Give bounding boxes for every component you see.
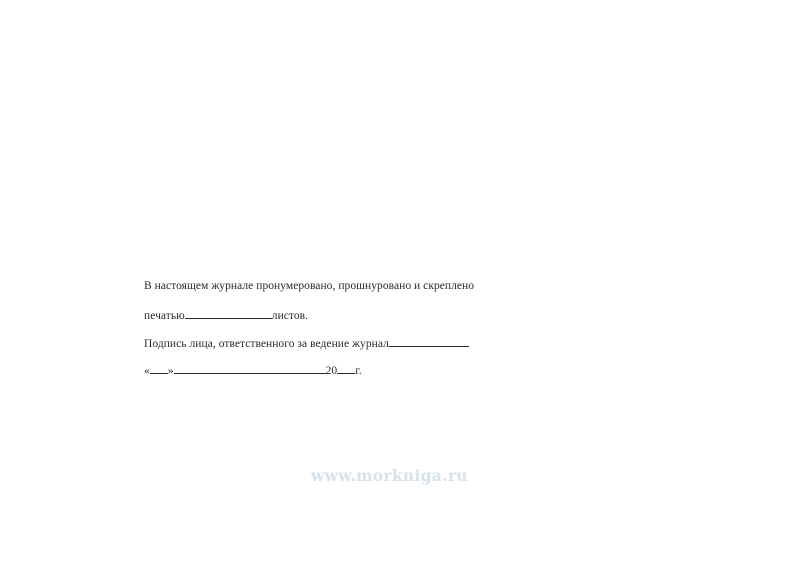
year-blank [337, 362, 355, 374]
signature-line: Подпись лица, ответственного за ведение … [144, 335, 469, 351]
document-page: В настоящем журнале пронумеровано, прошн… [0, 0, 800, 562]
year-suffix: г. [355, 365, 361, 377]
watermark: www.morkniga.ru [311, 466, 468, 485]
year-prefix: 20 [326, 365, 338, 377]
sheets-count-line: печатьюлистов. [144, 307, 308, 323]
signature-label: Подпись лица, ответственного за ведение … [144, 338, 389, 350]
day-blank [150, 362, 168, 374]
signature-blank [389, 335, 469, 347]
month-blank [174, 362, 326, 374]
certification-line: В настоящем журнале пронумеровано, прошн… [144, 279, 474, 293]
certification-text: В настоящем журнале пронумеровано, прошн… [144, 280, 474, 292]
sheets-label: листов. [272, 310, 308, 322]
seal-label: печатью [144, 310, 185, 322]
sheets-count-blank [185, 307, 272, 319]
date-line: «»20г. [144, 362, 362, 378]
